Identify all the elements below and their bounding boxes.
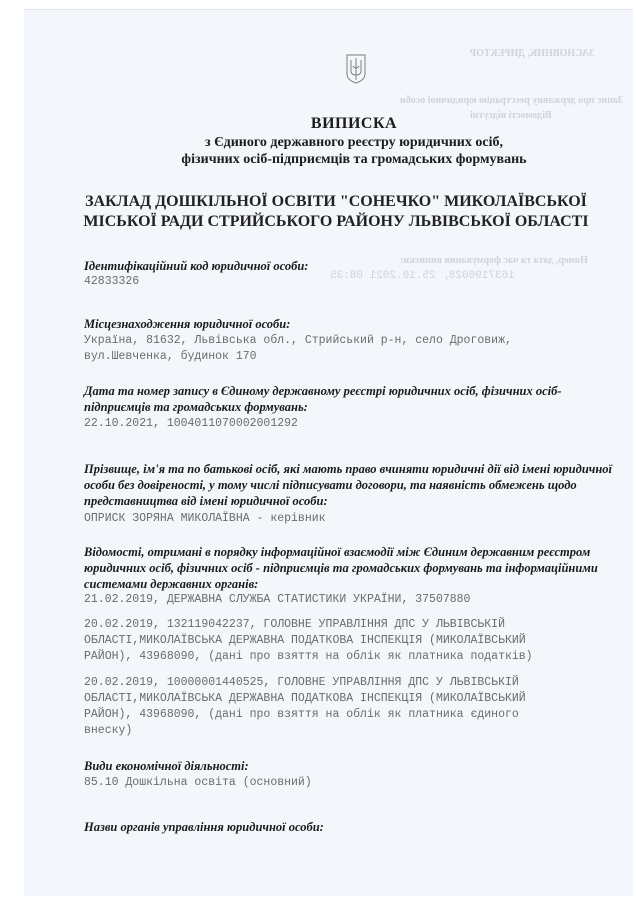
- field-value-state-interaction: 20.02.2019, 10000001440525, ГОЛОВНЕ УПРА…: [84, 675, 614, 739]
- field-value-id-code: 42833326: [84, 274, 614, 290]
- organization-name-line: ЗАКЛАД ДОШКІЛЬНОЇ ОСВІТИ "СОНЕЧКО" МИКОЛ…: [36, 192, 636, 212]
- field-label-governing-bodies: Назви органів управління юридичної особи…: [84, 819, 604, 835]
- field-label-address: Місцезнаходження юридичної особи:: [84, 316, 604, 332]
- subtitle-line: з Єдиного державного реєстру юридичних о…: [36, 134, 636, 151]
- field-label-registration-record: Дата та номер запису в Єдиному державном…: [84, 383, 609, 415]
- field-value-state-interaction: 21.02.2019, ДЕРЖАВНА СЛУЖБА СТАТИСТИКИ У…: [84, 592, 614, 608]
- field-value-registration-record: 22.10.2021, 1004011070002001292: [84, 416, 614, 432]
- field-label-authorized-persons: Прізвище, ім'я та по батькові осіб, які …: [84, 461, 614, 509]
- organization-name: ЗАКЛАД ДОШКІЛЬНОЇ ОСВІТИ "СОНЕЧКО" МИКОЛ…: [36, 192, 636, 232]
- organization-name-line: МІСЬКОЇ РАДИ СТРИЙСЬКОГО РАЙОНУ ЛЬВІВСЬК…: [36, 212, 636, 232]
- field-value-authorized-persons: ОПРИСК ЗОРЯНА МИКОЛАЇВНА - керівник: [84, 511, 614, 527]
- trident-coat-of-arms-icon: [346, 54, 366, 84]
- field-value-address: Україна, 81632, Львівська обл., Стрийськ…: [84, 333, 614, 365]
- subtitle-line: фізичних осіб-підприємців та громадських…: [36, 151, 636, 168]
- field-value-economic-activity: 85.10 Дошкільна освіта (основний): [84, 775, 614, 791]
- field-label-state-interaction: Відомості, отримані в порядку інформацій…: [84, 544, 614, 592]
- field-label-economic-activity: Види економічної діяльності:: [84, 758, 604, 774]
- bleed-through-text: ЗАСНОВНИК, ДИРЕКТОР: [470, 48, 594, 59]
- field-value-state-interaction: 20.02.2019, 132119042237, ГОЛОВНЕ УПРАВЛ…: [84, 617, 614, 665]
- document-subtitle: з Єдиного державного реєстру юридичних о…: [36, 134, 636, 168]
- document-title: ВИПИСКА: [36, 115, 636, 133]
- field-label-id-code: Ідентифікаційний код юридичної особи:: [84, 258, 604, 274]
- bleed-through-text: Запис про державну реєстрацію юридичної …: [400, 95, 623, 106]
